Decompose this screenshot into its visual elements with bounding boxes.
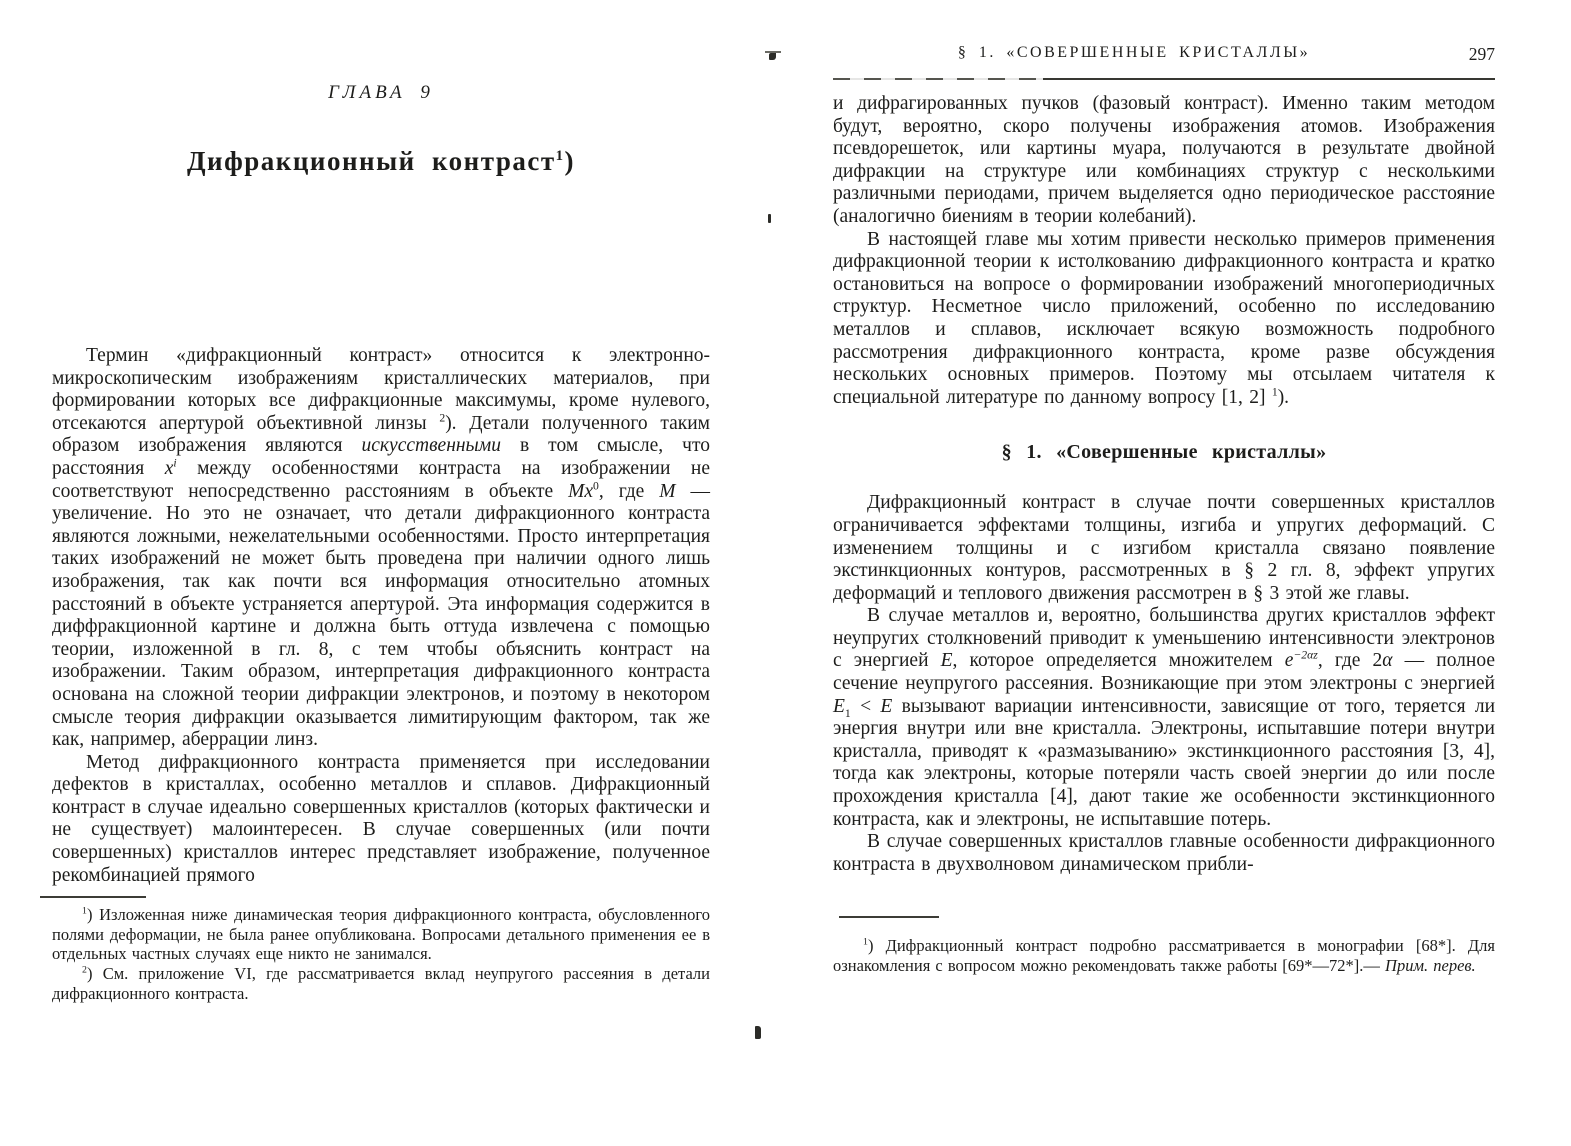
section-heading: § 1. «Совершенные кристаллы» [833, 441, 1495, 464]
header-rule-dashed-segment [833, 78, 1043, 80]
paragraph: В случае совершенных кристаллов главные … [833, 831, 1495, 876]
paragraph: В настоящей главе мы хотим привести неск… [833, 229, 1495, 410]
scan-artifact [769, 53, 776, 60]
right-page-body-top: и дифрагированных пучков (фазовый контра… [833, 93, 1495, 409]
chapter-title: Дифракционный контраст1) [52, 146, 710, 177]
chapter-label: ГЛАВА 9 [52, 82, 710, 104]
left-page-footnotes: 1) Изложенная ниже динамическая теория д… [52, 905, 710, 1003]
scan-artifact [755, 1026, 761, 1039]
right-page-footnotes: 1) Дифракционный контраст подробно рассм… [833, 936, 1495, 975]
footnote: 1) Изложенная ниже динамическая теория д… [52, 905, 710, 964]
left-page: ГЛАВА 9 Дифракционный контраст1) Термин … [52, 82, 710, 1003]
right-page: § 1. «СОВЕРШЕННЫЕ КРИСТАЛЛЫ» 297 и дифра… [833, 44, 1495, 976]
book-spread: ГЛАВА 9 Дифракционный контраст1) Термин … [0, 0, 1571, 1146]
right-page-body-bottom: Дифракционный контраст в случае почти со… [833, 492, 1495, 876]
paragraph: и дифрагированных пучков (фазовый контра… [833, 93, 1495, 229]
footnote: 1) Дифракционный контраст подробно рассм… [833, 936, 1495, 975]
header-rule [833, 77, 1495, 81]
running-head-title: § 1. «СОВЕРШЕННЫЕ КРИСТАЛЛЫ» [833, 44, 1435, 62]
scan-artifact [768, 214, 771, 223]
footnote-rule [839, 916, 939, 918]
footnote: 2) См. приложение VI, где рассматриваетс… [52, 964, 710, 1003]
paragraph: Метод дифракционного контраста применяет… [52, 752, 710, 888]
paragraph: В случае металлов и, вероятно, большинст… [833, 605, 1495, 831]
running-head: § 1. «СОВЕРШЕННЫЕ КРИСТАЛЛЫ» 297 [833, 44, 1495, 68]
page-number: 297 [1469, 44, 1495, 65]
paragraph: Дифракционный контраст в случае почти со… [833, 492, 1495, 605]
header-rule-solid-segment [1043, 78, 1495, 81]
paragraph: Термин «дифракционный контраст» относитс… [52, 345, 710, 752]
footnote-rule [40, 896, 146, 898]
left-page-body: Термин «дифракционный контраст» относитс… [52, 345, 710, 887]
